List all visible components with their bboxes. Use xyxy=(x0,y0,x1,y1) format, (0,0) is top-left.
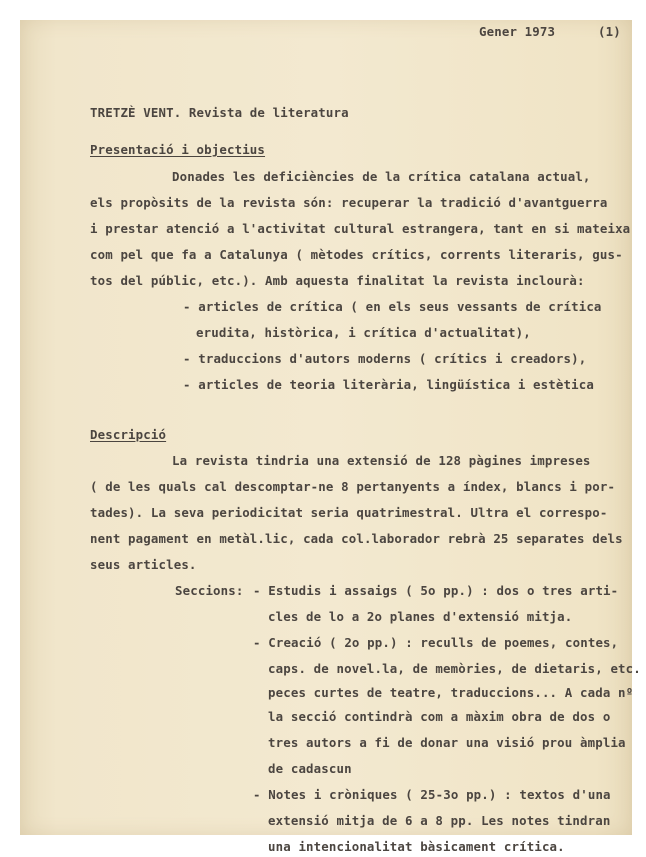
paragraph-line: tades). La seva periodicitat seria quatr… xyxy=(90,507,607,519)
section-heading-descripcio: Descripció xyxy=(90,429,166,441)
seccio-item: - Estudis i assaigs ( 5o pp.) : dos o tr… xyxy=(253,585,618,597)
seccio-item-continuation: la secció contindrà com a màxim obra de … xyxy=(268,711,610,723)
paragraph-line: tos del públic, etc.). Amb aquesta final… xyxy=(90,275,585,287)
paragraph-line: com pel que fa a Catalunya ( mètodes crí… xyxy=(90,249,623,261)
paragraph-line: seus articles. xyxy=(90,559,197,571)
paragraph-line: els propòsits de la revista són: recuper… xyxy=(90,197,607,209)
seccions-label: Seccions: xyxy=(175,585,244,597)
seccio-item-continuation: peces curtes de teatre, traduccions... A… xyxy=(268,687,633,699)
section-heading-presentacio: Presentació i objectius xyxy=(90,144,265,156)
paragraph-line: i prestar atenció a l'activitat cultural… xyxy=(90,223,630,235)
list-item-continuation: erudita, històrica, i crítica d'actualit… xyxy=(196,327,531,339)
paragraph-line: La revista tindria una extensió de 128 p… xyxy=(172,455,591,467)
document-title: TRETZÈ VENT. Revista de literatura xyxy=(90,107,349,119)
typewritten-page: Gener 1973 (1) TRETZÈ VENT. Revista de l… xyxy=(20,20,632,835)
seccio-item-continuation: de cadascun xyxy=(268,763,352,775)
seccio-item-continuation: extensió mitja de 6 a 8 pp. Les notes ti… xyxy=(268,815,610,827)
paragraph-line: ( de les quals cal descomptar-ne 8 perta… xyxy=(90,481,615,493)
seccio-item: - Notes i cròniques ( 25-3o pp.) : texto… xyxy=(253,789,611,801)
list-item: - articles de teoria literària, lingüíst… xyxy=(183,379,594,391)
list-item: - articles de crítica ( en els seus vess… xyxy=(183,301,602,313)
list-item: - traduccions d'autors moderns ( crítics… xyxy=(183,353,586,365)
seccio-item-continuation: tres autors a fi de donar una visió prou… xyxy=(268,737,626,749)
paragraph-line: Donades les deficiències de la crítica c… xyxy=(172,171,591,183)
seccio-item-continuation: cles de lo a 2o planes d'extensió mitja. xyxy=(268,611,572,623)
header-date: Gener 1973 xyxy=(479,26,555,38)
page-number: (1) xyxy=(598,26,621,38)
seccio-item: - Creació ( 2o pp.) : reculls de poemes,… xyxy=(253,637,618,649)
seccio-item-continuation: una intencionalitat bàsicament crítica. xyxy=(268,841,565,853)
seccio-item-continuation: caps. de novel.la, de memòries, de dieta… xyxy=(268,663,641,675)
paragraph-line: nent pagament en metàl.lic, cada col.lab… xyxy=(90,533,623,545)
